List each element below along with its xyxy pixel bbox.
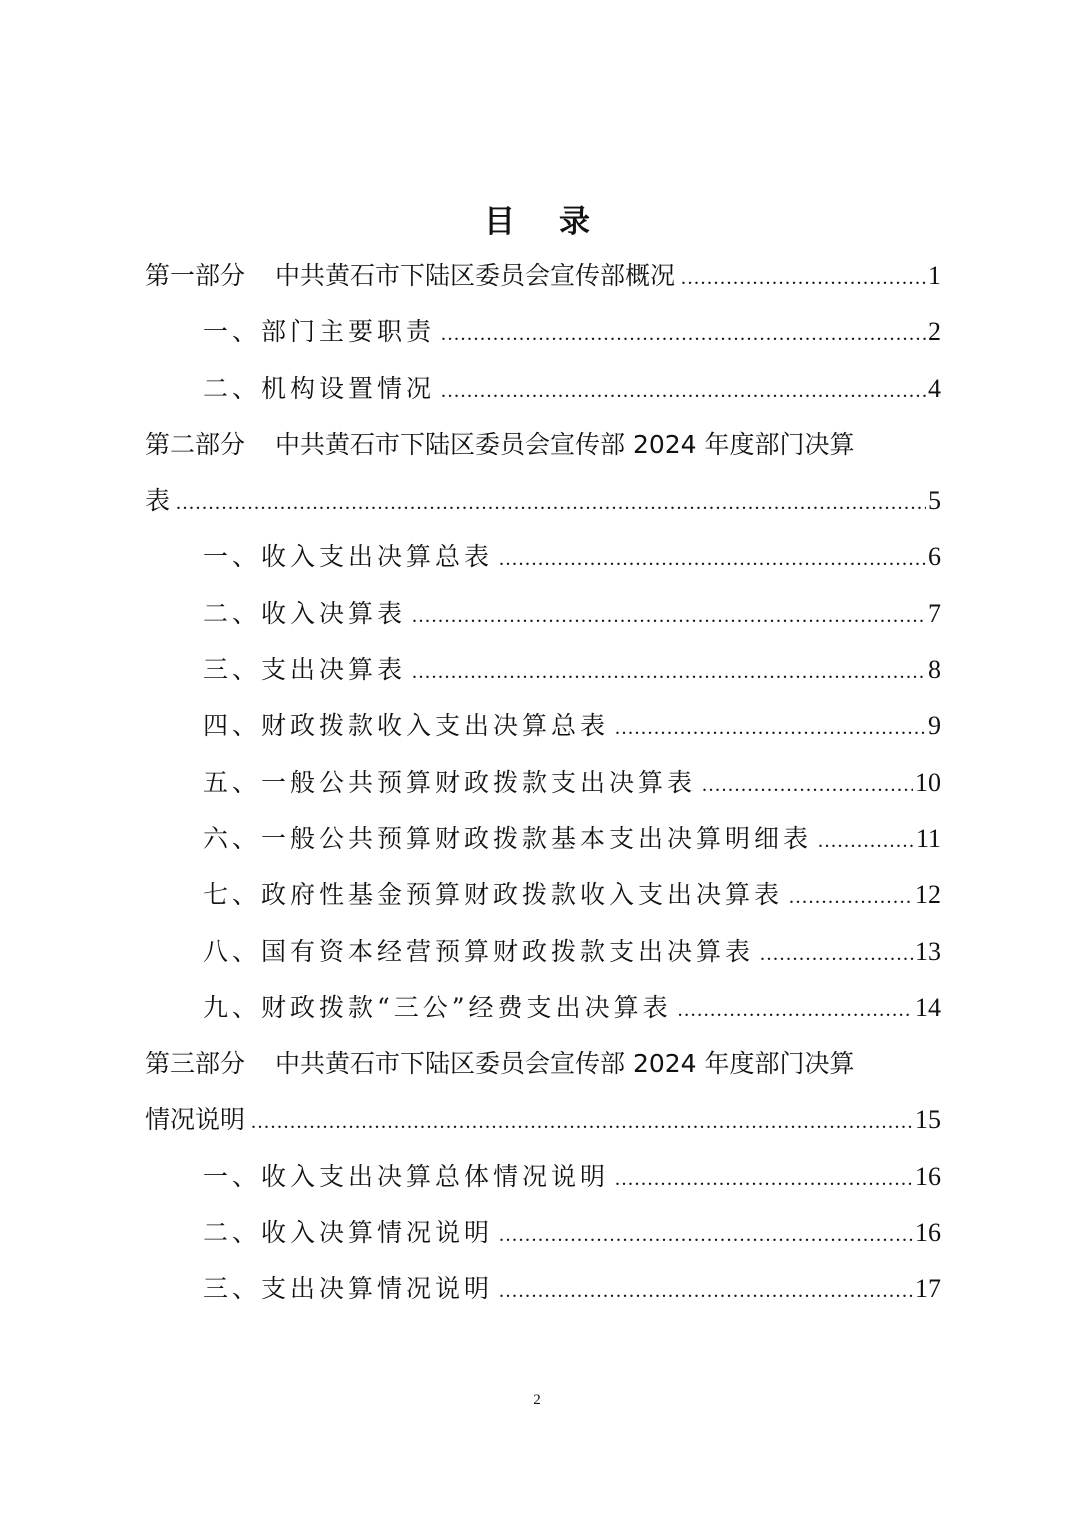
- entry-title: 三、支出决算情况说明: [203, 1261, 493, 1317]
- dot-leader: [789, 869, 913, 925]
- entry-title: 五、一般公共预算财政拨款支出决算表: [203, 755, 696, 811]
- dot-leader: [176, 475, 926, 531]
- toc-entry[interactable]: 三、支出决算情况说明 17: [145, 1261, 941, 1317]
- entry-title: 六、一般公共预算财政拨款基本支出决算明细表: [203, 811, 812, 867]
- page-number: 14: [915, 980, 941, 1036]
- page-footer-number: 2: [0, 1392, 1074, 1409]
- toc-entry[interactable]: 五、一般公共预算财政拨款支出决算表 10: [145, 755, 941, 811]
- dot-leader: [760, 926, 913, 982]
- entry-title: 中共黄石市下陆区委员会宣传部 2024 年度部门决算: [275, 1049, 855, 1078]
- toc-entry[interactable]: 一、收入支出决算总表 6: [145, 529, 941, 585]
- dot-leader: [702, 757, 913, 813]
- toc-entry-part-2-continuation[interactable]: 表 5: [145, 473, 941, 529]
- toc-entry[interactable]: 八、国有资本经营预算财政拨款支出决算表 13: [145, 924, 941, 980]
- dot-leader: [412, 644, 926, 700]
- page-number: 2: [928, 304, 941, 360]
- toc-entry-part-3-continuation[interactable]: 情况说明 15: [145, 1092, 941, 1148]
- part-prefix: 第一部分: [145, 261, 245, 290]
- toc-entry[interactable]: 三、支出决算表 8: [145, 642, 941, 698]
- toc-entry[interactable]: 一、部门主要职责 2: [145, 304, 941, 360]
- entry-title: 二、机构设置情况: [203, 361, 435, 417]
- entry-title: 一、收入支出决算总表: [203, 529, 493, 585]
- toc-entry[interactable]: 六、一般公共预算财政拨款基本支出决算明细表 11: [145, 811, 941, 867]
- entry-title: 中共黄石市下陆区委员会宣传部 2024 年度部门决算: [275, 430, 855, 459]
- dot-leader: [499, 1207, 913, 1263]
- toc-entry[interactable]: 七、政府性基金预算财政拨款收入支出决算表 12: [145, 867, 941, 923]
- page-number: 6: [928, 529, 941, 585]
- dot-leader: [441, 306, 926, 362]
- toc-entry[interactable]: 四、财政拨款收入支出决算总表 9: [145, 698, 941, 754]
- table-of-contents: 第一部分中共黄石市下陆区委员会宣传部概况 1 一、部门主要职责 2 二、机构设置…: [145, 248, 941, 1318]
- entry-title: 七、政府性基金预算财政拨款收入支出决算表: [203, 867, 783, 923]
- page-number: 9: [928, 698, 941, 754]
- page-number: 8: [928, 642, 941, 698]
- page-number: 4: [928, 361, 941, 417]
- part-prefix: 第二部分: [145, 430, 245, 459]
- page-number: 12: [915, 867, 941, 923]
- toc-entry-part-3[interactable]: 第三部分中共黄石市下陆区委员会宣传部 2024 年度部门决算: [145, 1036, 941, 1092]
- toc-entry-part-1[interactable]: 第一部分中共黄石市下陆区委员会宣传部概况 1: [145, 248, 941, 304]
- page-number: 15: [915, 1092, 941, 1148]
- page-number: 17: [915, 1261, 941, 1317]
- page-number: 5: [928, 473, 941, 529]
- page-number: 16: [915, 1149, 941, 1205]
- entry-title: 一、收入支出决算总体情况说明: [203, 1149, 609, 1205]
- toc-title-char-1: 目: [484, 196, 515, 241]
- dot-leader: [615, 1151, 913, 1207]
- page-number: 16: [915, 1205, 941, 1261]
- toc-title: 目录: [0, 196, 1074, 241]
- page-number: 10: [915, 755, 941, 811]
- dot-leader: [681, 250, 926, 306]
- toc-entry[interactable]: 二、收入决算情况说明 16: [145, 1205, 941, 1261]
- dot-leader: [499, 531, 926, 587]
- entry-title: 二、收入决算情况说明: [203, 1205, 493, 1261]
- dot-leader: [251, 1094, 913, 1150]
- entry-title-continuation: 表: [145, 473, 170, 529]
- page-number: 13: [915, 924, 941, 980]
- toc-entry-part-2[interactable]: 第二部分中共黄石市下陆区委员会宣传部 2024 年度部门决算: [145, 417, 941, 473]
- toc-entry[interactable]: 二、收入决算表 7: [145, 586, 941, 642]
- entry-title-continuation: 情况说明: [145, 1092, 245, 1148]
- toc-title-char-2: 录: [559, 196, 590, 241]
- dot-leader: [818, 813, 914, 869]
- entry-title: 九、财政拨款“三公”经费支出决算表: [203, 980, 672, 1036]
- entry-title: 二、收入决算表: [203, 586, 406, 642]
- entry-title: 一、部门主要职责: [203, 304, 435, 360]
- dot-leader: [499, 1263, 913, 1319]
- entry-title: 四、财政拨款收入支出决算总表: [203, 698, 609, 754]
- dot-leader: [441, 363, 926, 419]
- dot-leader: [615, 700, 926, 756]
- page-number: 1: [928, 248, 941, 304]
- dot-leader: [412, 588, 926, 644]
- entry-title: 八、国有资本经营预算财政拨款支出决算表: [203, 924, 754, 980]
- toc-entry[interactable]: 二、机构设置情况 4: [145, 361, 941, 417]
- toc-entry[interactable]: 一、收入支出决算总体情况说明 16: [145, 1149, 941, 1205]
- toc-entry[interactable]: 九、财政拨款“三公”经费支出决算表 14: [145, 980, 941, 1036]
- page-number: 11: [916, 811, 941, 867]
- dot-leader: [678, 982, 913, 1038]
- part-prefix: 第三部分: [145, 1049, 245, 1078]
- page-number: 7: [928, 586, 941, 642]
- entry-title: 三、支出决算表: [203, 642, 406, 698]
- entry-title: 中共黄石市下陆区委员会宣传部概况: [275, 261, 675, 290]
